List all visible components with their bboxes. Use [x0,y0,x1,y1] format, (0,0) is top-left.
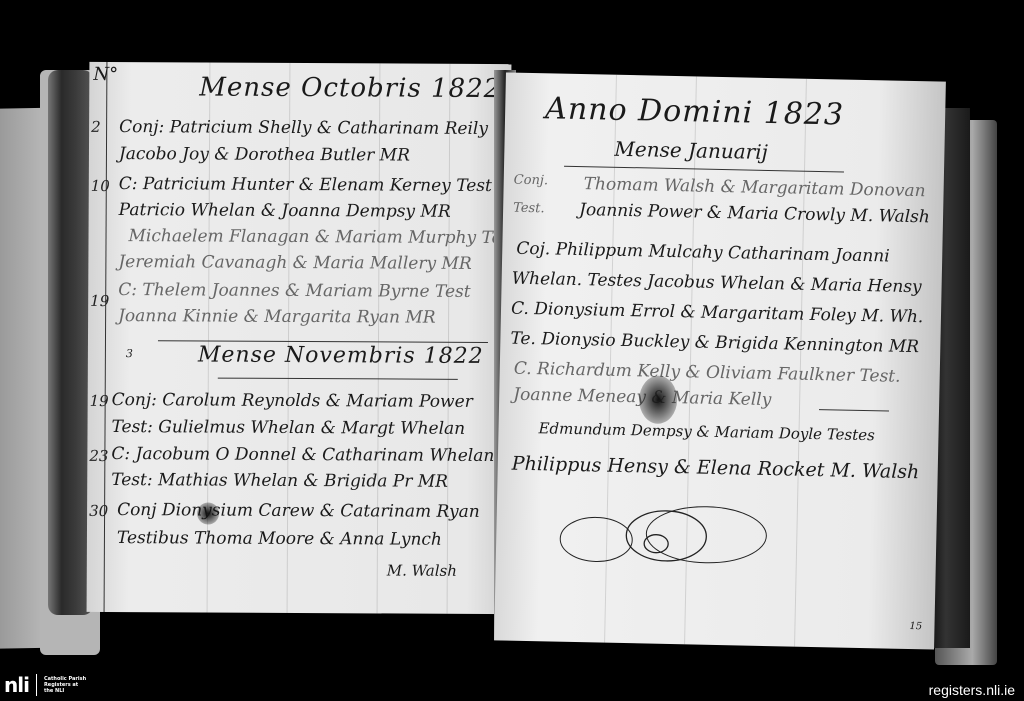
nli-logo-mark: nli [4,675,29,695]
heading-year: Anno Domini 1823 [545,91,946,134]
page-number: 15 [909,621,934,633]
day-number: 19 [90,292,109,310]
register-entry: Joanna Kinnie & Margarita Ryan MR [118,306,510,328]
register-entry: Testibus Thoma Moore & Anna Lynch [117,528,509,550]
divider [218,378,458,380]
register-entry: C. Richardum Kelly & Oliviam Faulkner Te… [514,359,940,388]
nli-logo[interactable]: nli Catholic Parish Registers at the NLI [4,674,86,696]
register-entry: Thomam Walsh & Margaritam Donovan [583,174,943,202]
day-number: 10 [91,177,110,195]
register-entry: Jacobo Joy & Dorothea Butler MR [119,144,511,166]
ink-blot [197,502,219,524]
ink-blot [639,375,678,424]
register-viewer: N° Mense Octobris 1822 2 Conj: Patricium… [0,0,1024,701]
logo-text: Catholic Parish Registers at the NLI [44,676,86,694]
signature: M. Walsh [387,561,509,580]
right-page: Anno Domini 1823 Mense Januarij Conj. Th… [494,72,946,649]
register-entry: Conj Dionysium Carew & Catarinam Ryan [117,500,509,522]
register-entry: C: Jacobum O Donnel & Catharinam Whelan [111,444,509,466]
day-number: 19 [90,392,109,410]
logo-divider [36,674,37,696]
day-number: 2 [91,118,101,136]
day-number: 23 [89,447,108,465]
register-entry: Coj. Philippum Mulcahy Catharinam Joanni [516,239,942,268]
register-entry: Michaelem Flanagan & Mariam Murphy Test [128,226,510,248]
day-number: 30 [89,502,108,520]
register-entry: C: Patricium Hunter & Elenam Kerney Test [119,174,511,196]
logo-text-line: the NLI [44,688,86,694]
register-entry: Patricio Whelan & Joanna Dempsy MR [119,200,511,222]
heading-november: Mense Novembris 1822 [198,342,510,369]
heading-month: Mense Januarij [614,137,944,168]
register-entry: Whelan. Testes Jacobus Whelan & Maria He… [511,269,941,298]
margin-line [104,62,108,612]
register-entry: Test: Mathias Whelan & Brigida Pr MR [111,470,509,492]
register-entry: C. Dionysium Errol & Margaritam Foley M.… [511,299,941,328]
register-entry: Jeremiah Cavanagh & Maria Mallery MR [118,252,510,274]
site-url-link[interactable]: registers.nli.ie [929,682,1015,698]
register-entry: Edmundum Dempsy & Mariam Doyle Testes [538,419,938,445]
section-marker: 3 [126,347,133,360]
heading-october: Mense Octobris 1822 [199,72,511,104]
register-entry: Philippus Hensy & Elena Rocket M. Walsh [512,453,938,484]
flourish-ornament [555,494,777,589]
register-entry: C: Thelem Joannes & Mariam Byrne Test [118,280,510,302]
left-page: N° Mense Octobris 1822 2 Conj: Patricium… [87,62,512,614]
divider [564,166,844,173]
register-entry: Conj: Patricium Shelly & Catharinam Reil… [119,117,511,139]
register-entry: Joannis Power & Maria Crowly M. Walsh [579,200,943,228]
register-entry: Test: Gulielmus Whelan & Margt Whelan [111,417,509,439]
register-entry: Conj: Carolum Reynolds & Mariam Power [112,390,510,412]
register-entry: Joanne Meneay & Maria Kelly [513,385,939,414]
register-entry: Te. Dionysio Buckley & Brigida Kenningto… [510,329,940,358]
